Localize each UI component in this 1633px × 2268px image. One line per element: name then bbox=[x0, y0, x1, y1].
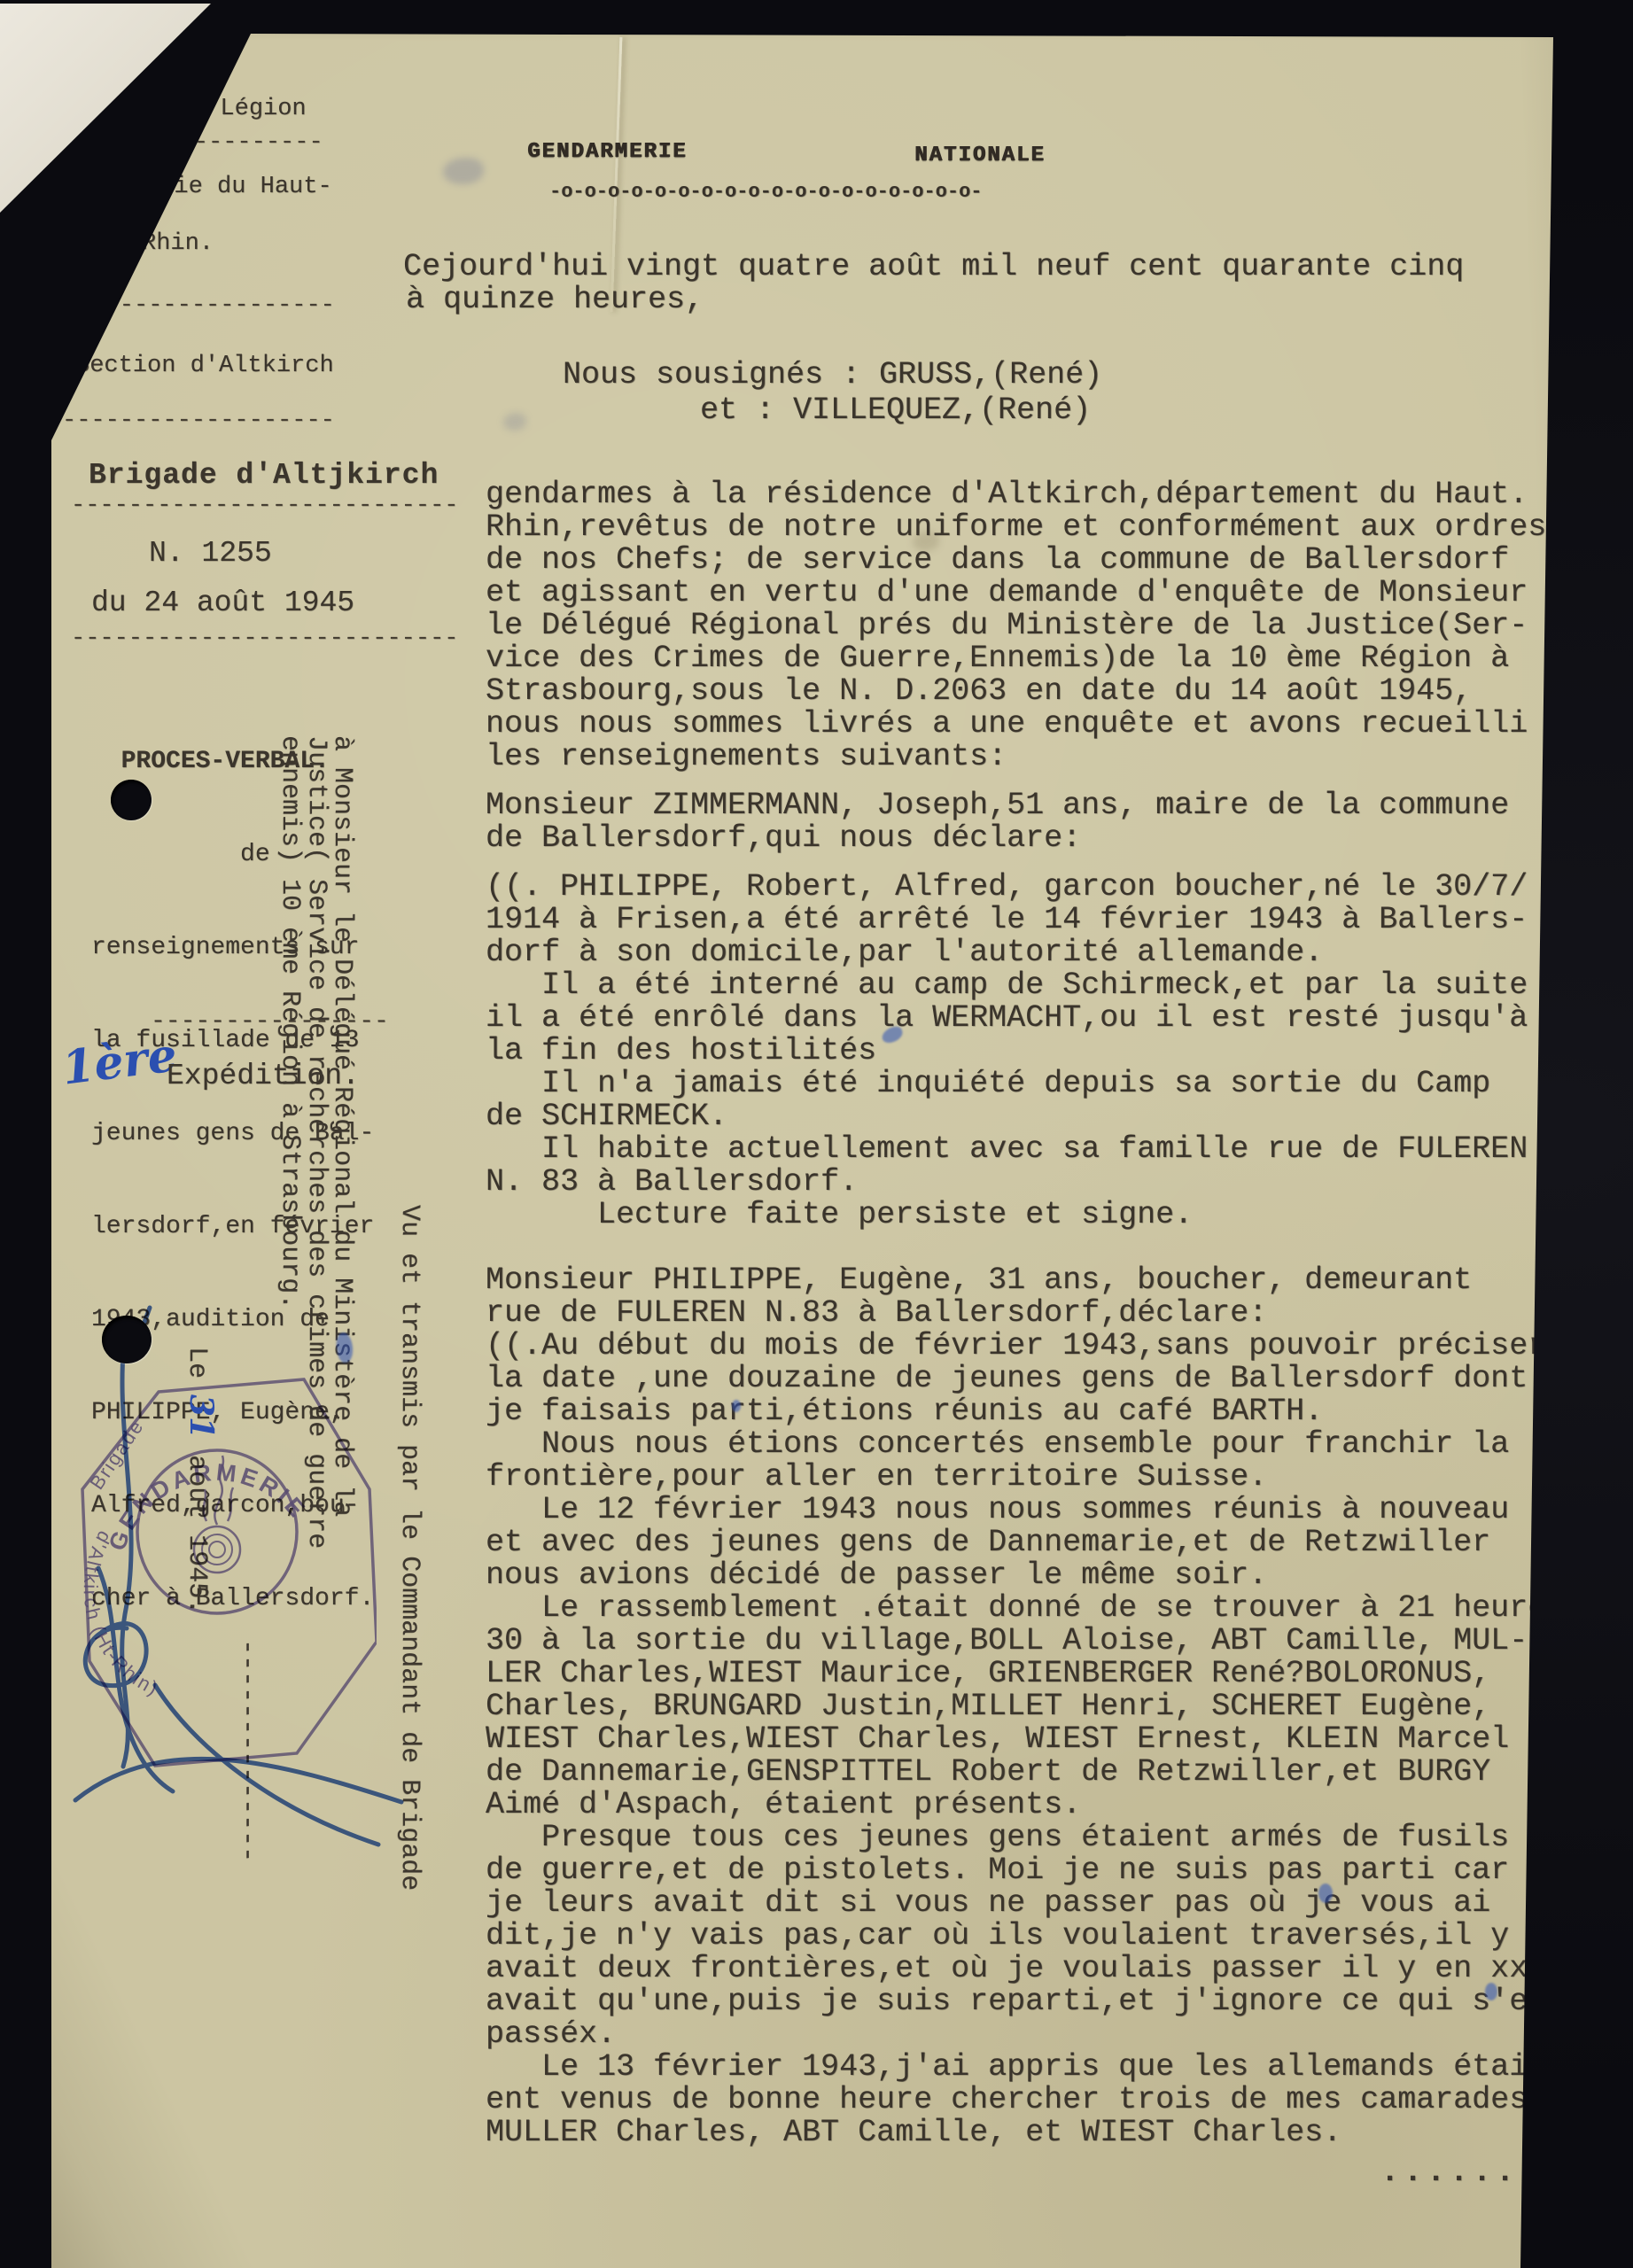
body-line: la date ,une douzaine de jeunes gens de … bbox=[486, 1363, 1575, 1395]
body-line: de Dannemarie,GENSPITTEL Robert de Retzw… bbox=[486, 1756, 1575, 1789]
body-line: je faisais parti,étions réunis au café B… bbox=[486, 1395, 1575, 1428]
separator-line: --------------------------- bbox=[71, 493, 458, 519]
body-line: de SCHIRMECK. bbox=[486, 1100, 1575, 1133]
body-line: dit,je n'y vais pas,car où ils voulaient… bbox=[486, 1920, 1575, 1953]
body-line: Il n'a jamais été inquiété depuis sa sor… bbox=[486, 1068, 1575, 1100]
body-line: 1914 à Frisen,a été arrêté le 14 février… bbox=[486, 904, 1575, 936]
body-line: Nous nous étions concertés ensemble pour… bbox=[486, 1428, 1575, 1461]
body-line: Le 13 février 1943,j'ai appris que les a… bbox=[486, 2051, 1575, 2084]
body-line: il a été enrôlé dans la WERMACHT,ou il e… bbox=[486, 1002, 1575, 1035]
body-line: rue de FULEREN N.83 à Ballersdorf,déclar… bbox=[486, 1297, 1575, 1330]
body-line: passéx. bbox=[486, 2018, 1575, 2051]
main-text-column: gendarmes à la résidence d'Altkirch,dépa… bbox=[486, 478, 1575, 2149]
ink-stain bbox=[503, 413, 526, 431]
body-line: LER Charles,WIEST Maurice, GRIENBERGER R… bbox=[486, 1658, 1575, 1690]
document-page: GENDARMERIE NATIONALE -o-o-o-o-o-o-o-o-o… bbox=[0, 0, 1633, 2268]
separator-line: --------------------------- bbox=[71, 625, 458, 652]
body-line: N. 83 à Ballersdorf. bbox=[486, 1166, 1575, 1199]
section-label: Section d'Altkirch bbox=[75, 353, 334, 379]
body-line: Strasbourg,sous le N. D.2063 en date du … bbox=[486, 675, 1575, 708]
body-line: ent venus de bonne heure chercher trois … bbox=[486, 2084, 1575, 2117]
dossier-number: N. 1255 bbox=[149, 537, 272, 570]
body-line: Le rassemblement .était donné de se trou… bbox=[486, 1592, 1575, 1625]
compagnie-label-2: Rhin. bbox=[142, 230, 214, 257]
body-line: dorf à son domicile,par l'autorité allem… bbox=[486, 936, 1575, 969]
body-line: frontière,pour aller en territoire Suiss… bbox=[486, 1461, 1575, 1494]
body-line: Charles, BRUNGARD Justin,MILLET Henri, S… bbox=[486, 1690, 1575, 1723]
paragraph-preamble: gendarmes à la résidence d'Altkirch,dépa… bbox=[486, 478, 1575, 773]
page-title-word2: NATIONALE bbox=[914, 144, 1046, 167]
dossier-date: du 24 août 1945 bbox=[91, 586, 354, 619]
body-line: nous avions décidé de passer le même soi… bbox=[486, 1559, 1575, 1592]
separator-line: ------------------- bbox=[62, 292, 335, 319]
paragraph-au-debut: ((.Au début du mois de février 1943,sans… bbox=[486, 1330, 1575, 1428]
body-line: gendarmes à la résidence d'Altkirch,dépa… bbox=[486, 478, 1575, 511]
body-line: Aimé d'Aspach, étaient présents. bbox=[486, 1789, 1575, 1821]
body-line: ((. PHILIPPE, Robert, Alfred, garcon bou… bbox=[486, 871, 1575, 904]
signature-scrawl bbox=[49, 1302, 421, 1869]
body-line: WIEST Charles,WIEST Charles, WIEST Ernes… bbox=[486, 1723, 1575, 1756]
signatories-line-1: Nous sousignés : GRUSS,(René) bbox=[563, 359, 1102, 392]
paragraph-lecture: Lecture faite persiste et signe. bbox=[486, 1199, 1575, 1231]
signatories-line-2: et : VILLEQUEZ,(René) bbox=[700, 394, 1091, 427]
paragraph-habite: Il habite actuellement avec sa famille r… bbox=[486, 1133, 1575, 1199]
ink-mark bbox=[732, 1400, 741, 1412]
body-line: Rhin,revêtus de notre uniforme et confor… bbox=[486, 511, 1575, 544]
paragraph-philippe-eugene: Monsieur PHILIPPE, Eugène, 31 ans, bouch… bbox=[486, 1264, 1575, 1330]
body-line: de nos Chefs; de service dans la commune… bbox=[486, 544, 1575, 577]
body-line: et avec des jeunes gens de Dannemarie,et… bbox=[486, 1526, 1575, 1559]
body-line: Monsieur PHILIPPE, Eugène, 31 ans, bouch… bbox=[486, 1264, 1575, 1297]
ink-mark bbox=[1318, 1884, 1333, 1903]
punch-hole-bottom bbox=[102, 1316, 152, 1363]
paragraph-concertes: Nous nous étions concertés ensemble pour… bbox=[486, 1428, 1575, 1494]
intro-line-2: à quinze heures, bbox=[406, 283, 704, 316]
margin-note-line-4: ennemis) 10 ème Région à Strasbourg. bbox=[275, 735, 305, 1309]
body-line: de Ballersdorf,qui nous déclare: bbox=[486, 822, 1575, 855]
page-title-word1: GENDARMERIE bbox=[527, 140, 687, 164]
paragraph-philippe-robert: ((. PHILIPPE, Robert, Alfred, garcon bou… bbox=[486, 871, 1575, 969]
body-line: vice des Crimes de Guerre,Ennemis)de la … bbox=[486, 642, 1575, 675]
separator-line: ------------------ bbox=[65, 129, 323, 156]
compagnie-label-1: Compagnie du Haut- bbox=[74, 174, 332, 200]
body-line: Il a été interné au camp de Schirmeck,et… bbox=[486, 969, 1575, 1002]
paragraph-12-fevrier: Le 12 février 1943 nous nous sommes réun… bbox=[486, 1494, 1575, 1592]
body-line: Le 12 février 1943 nous nous sommes réun… bbox=[486, 1494, 1575, 1526]
title-ornament: -o-o-o-o-o-o-o-o-o-o-o-o-o-o-o-o-o-o- bbox=[549, 181, 982, 203]
body-line: je leurs avait dit si vous ne passer pas… bbox=[486, 1887, 1575, 1920]
body-line: avait qu'une,puis je suis reparti,et j'i… bbox=[486, 1985, 1575, 2018]
body-line: la fin des hostilités bbox=[486, 1035, 1575, 1068]
paragraph-rassemblement: Le rassemblement .était donné de se trou… bbox=[486, 1592, 1575, 1821]
body-line: Presque tous ces jeunes gens étaient arm… bbox=[486, 1821, 1575, 1854]
body-line: nous nous sommes livrés a une enquête et… bbox=[486, 708, 1575, 741]
body-line: Il habite actuellement avec sa famille r… bbox=[486, 1133, 1575, 1166]
body-line: avait deux frontières,et où je voulais p… bbox=[486, 1953, 1575, 1985]
punch-hole-top bbox=[111, 780, 152, 820]
legion-label: 10 ème Légion bbox=[120, 96, 307, 122]
body-line: Lecture faite persiste et signe. bbox=[486, 1199, 1575, 1231]
continuation-dots: ........ bbox=[1380, 2155, 1565, 2190]
body-line: Monsieur ZIMMERMANN, Joseph,51 ans, mair… bbox=[486, 789, 1575, 822]
paragraph-13-fevrier: Le 13 février 1943,j'ai appris que les a… bbox=[486, 2051, 1575, 2149]
intro-line-1: Cejourd'hui vingt quatre août mil neuf c… bbox=[403, 251, 1464, 283]
brigade-label: Brigade d'Altjkirch bbox=[89, 459, 439, 492]
paragraph-interne: Il a été interné au camp de Schirmeck,et… bbox=[486, 969, 1575, 1068]
document-photo: GENDARMERIE NATIONALE -o-o-o-o-o-o-o-o-o… bbox=[0, 0, 1633, 2268]
body-line: ((.Au début du mois de février 1943,sans… bbox=[486, 1330, 1575, 1363]
ink-stain bbox=[443, 158, 484, 184]
ink-mark bbox=[1485, 1983, 1497, 2000]
paragraph-presque-tous: Presque tous ces jeunes gens étaient arm… bbox=[486, 1821, 1575, 2051]
body-line: les renseignements suivants: bbox=[486, 741, 1575, 773]
body-line: 30 à la sortie du village,BOLL Aloise, A… bbox=[486, 1625, 1575, 1658]
body-line: et agissant en vertu d'une demande d'enq… bbox=[486, 577, 1575, 610]
body-line: de guerre,et de pistolets. Moi je ne sui… bbox=[486, 1854, 1575, 1887]
body-line: le Délégué Régional prés du Ministère de… bbox=[486, 610, 1575, 642]
paragraph-inquiete: Il n'a jamais été inquiété depuis sa sor… bbox=[486, 1068, 1575, 1133]
separator-line: ------------------- bbox=[62, 408, 335, 434]
body-line: MULLER Charles, ABT Camille, et WIEST Ch… bbox=[486, 2117, 1575, 2149]
paragraph-zimmermann: Monsieur ZIMMERMANN, Joseph,51 ans, mair… bbox=[486, 789, 1575, 855]
